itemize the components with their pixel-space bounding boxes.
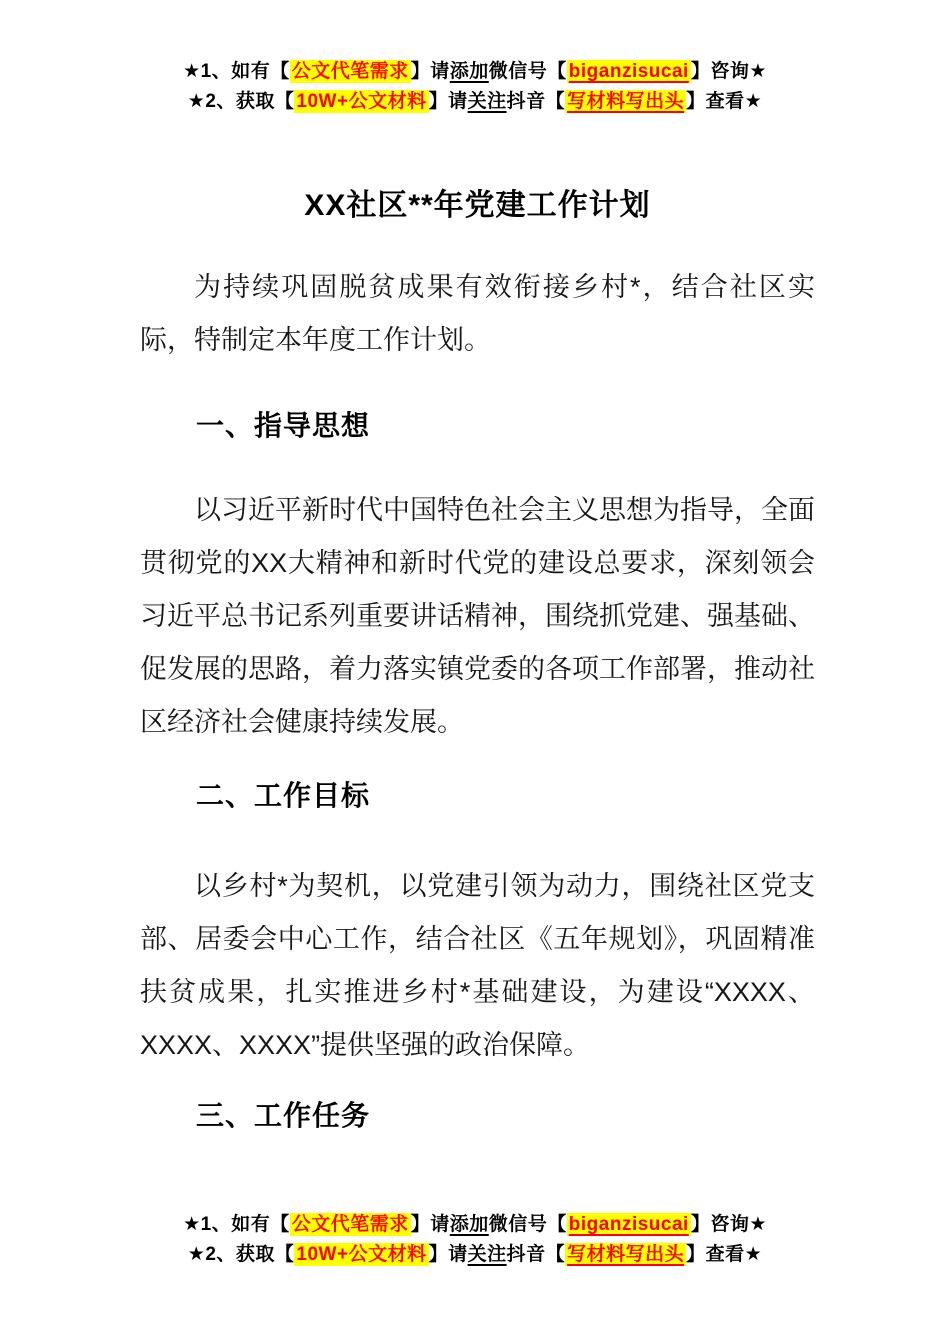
promo-prefix-text: ★1、如有【 <box>183 1214 290 1235</box>
section-paragraph-1: 以习近平新时代中国特色社会主义思想为指导，全面贯彻党的XX大精神和新时代党的建设… <box>140 484 815 749</box>
underlined-action-text: 添加 <box>450 1214 489 1235</box>
promo-footer-line2: ★2、获取【10W+公文材料】请关注抖音【写材料写出头】查看★ <box>0 1240 950 1270</box>
underlined-action-text: 关注 <box>468 1244 507 1265</box>
promo-footer-line1: ★1、如有【公文代笔需求】请添加微信号【biganzisucai】咨询★ <box>0 1210 950 1240</box>
section-heading-2: 二、工作目标 <box>140 776 815 816</box>
section-heading-3: 三、工作任务 <box>140 1096 815 1136</box>
promo-bracket-text: 】请 <box>411 1214 450 1235</box>
section-paragraph-2: 以乡村*为契机，以党建引领为动力，围绕社区党支部、居委会中心工作，结合社区《五年… <box>140 860 815 1072</box>
highlighted-service-text: 公文代笔需求 <box>290 1213 411 1236</box>
intro-paragraph: 为持续巩固脱贫成果有效衔接乡村*，结合社区实际，特制定本年度工作计划。 <box>140 261 815 367</box>
document-page: ★1、如有【公文代笔需求】请添加微信号【biganzisucai】咨询★ ★2、… <box>0 0 950 1344</box>
promo-bracket-text: 】请 <box>429 1244 468 1265</box>
document-content: XX社区**年党建工作计划 为持续巩固脱贫成果有效衔接乡村*，结合社区实际，特制… <box>140 0 815 1136</box>
section-heading-1: 一、指导思想 <box>140 406 815 446</box>
highlighted-service-text: 10W+公文材料 <box>294 1243 428 1266</box>
document-title: XX社区**年党建工作计划 <box>140 185 815 227</box>
highlighted-account-text: 写材料写出头 <box>565 1243 686 1266</box>
highlighted-account-text: biganzisucai <box>567 1213 691 1236</box>
promo-footer: ★1、如有【公文代笔需求】请添加微信号【biganzisucai】咨询★ ★2、… <box>0 1210 950 1270</box>
promo-suffix-text: 】咨询★ <box>691 1214 767 1235</box>
promo-platform-text: 抖音【 <box>507 1244 566 1265</box>
promo-platform-text: 微信号【 <box>489 1214 567 1235</box>
promo-suffix-text: 】查看★ <box>686 1244 762 1265</box>
promo-prefix-text: ★2、获取【 <box>188 1244 295 1265</box>
